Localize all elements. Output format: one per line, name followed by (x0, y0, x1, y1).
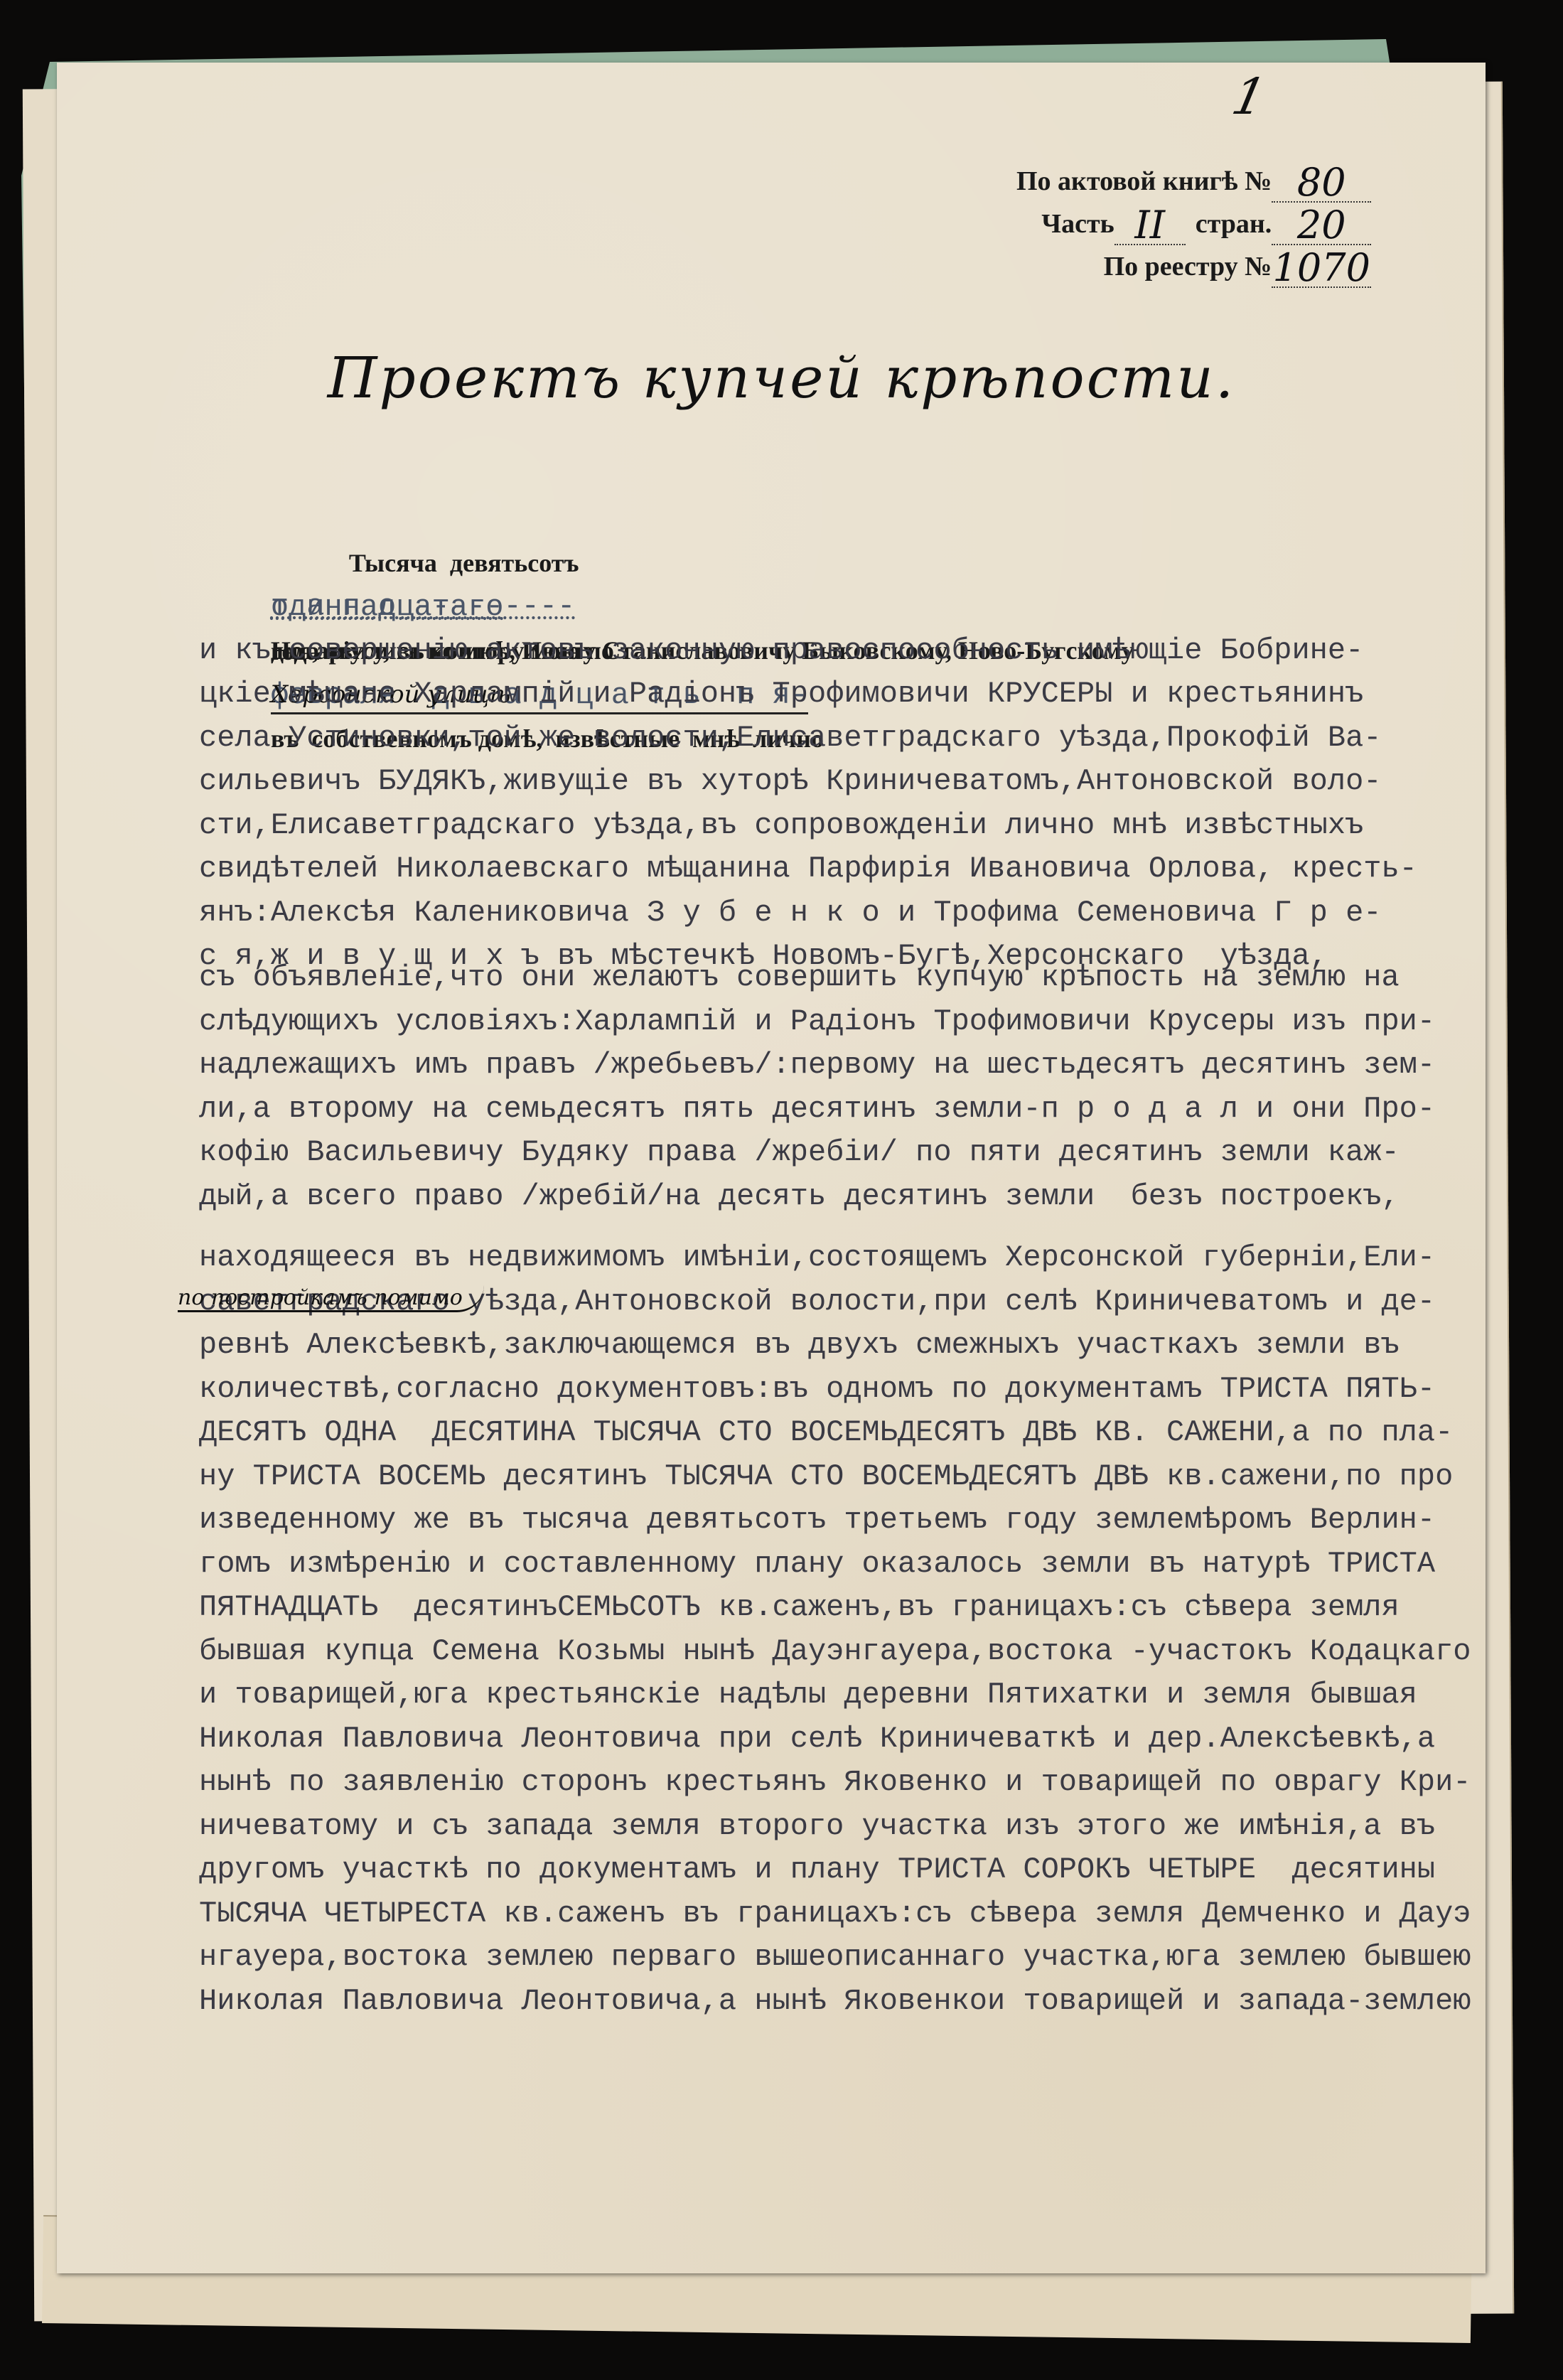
text-line: количествѣ,согласно документовъ:въ одном… (199, 1368, 1422, 1412)
text-line: слѣдующихъ условіяхъ:Харлампій и Радіонъ… (199, 1000, 1422, 1044)
text-line: нгауера,востока землею перваго вышеописа… (199, 1936, 1422, 1980)
text-line: съ объявленіе,что они желаютъ совершить … (199, 956, 1422, 1000)
text-line: ревнѣ Алексѣевкѣ,заключающемся въ двухъ … (199, 1324, 1422, 1368)
text-line: сильевичъ БУДЯКЪ,живущіе въ хуторѣ Крини… (199, 760, 1422, 804)
registry-row: По реестру № 1070 (1016, 245, 1371, 288)
text-line: Николая Павловича Леонтовича при селѣ Кр… (199, 1717, 1422, 1762)
text-line: ну ТРИСТА ВОСЕМЬ десятинъ ТЫСЯЧА СТО ВОС… (199, 1455, 1422, 1499)
text-line: ТЫСЯЧА ЧЕТЫРЕСТА кв.саженъ въ границахъ:… (199, 1892, 1422, 1936)
text-line: и къ совершенію актовъ законную правоспо… (199, 629, 1422, 673)
text-line: ли,а второму на семьдесятъ пять десятинъ… (199, 1088, 1422, 1132)
text-line: ПЯТНАДЦАТЬ десятинъСЕМЬСОТЪ кв.саженъ,въ… (199, 1586, 1422, 1630)
text-line: ничеватому и съ запада земля второго уча… (199, 1805, 1422, 1849)
registry-number: 1070 (1272, 250, 1371, 288)
text-line: и товарищей,юга крестьянскіе надѣлы дере… (199, 1673, 1422, 1717)
part-page-row: Часть II стран. 20 (1016, 203, 1371, 245)
registry-header: По актовой книгѣ № 80 Часть II стран. 20… (1016, 160, 1371, 288)
handwritten-marginal-note: по постройкамъ помимо (178, 1285, 484, 1312)
intro-line-1: Тысяча девятьсотъ одиннадцатаго года фев… (199, 498, 1422, 542)
page-value: 20 (1272, 207, 1371, 245)
text-line: бывшая купца Семена Козьмы нынѣ Дауэнгау… (199, 1630, 1422, 1674)
text-line: дый,а всего право /жребій/на десять деся… (199, 1175, 1422, 1219)
text-line: нынѣ по заявленію сторонъ крестьянъ Яков… (199, 1761, 1422, 1805)
text-line: другомъ участкѣ по документамъ и плану Т… (199, 1848, 1422, 1892)
intro-typed-date-2: т а г о --------- (271, 589, 575, 623)
text-line: Николая Павловича Леонтовича,а нынѣ Яков… (199, 1980, 1422, 2024)
text-line: кофію Васильевичу Будяку права /жребіи/ … (199, 1131, 1422, 1175)
page-label: стран. (1196, 203, 1272, 245)
part-label: Часть (1041, 203, 1114, 245)
text-line: находящееся въ недвижимомъ имѣніи,состоя… (199, 1236, 1422, 1280)
registry-label: По реестру № (1104, 245, 1272, 288)
text-line: ДЕСЯТЪ ОДНА ДЕСЯТИНА ТЫСЯЧА СТО ВОСЕМЬДЕ… (199, 1411, 1422, 1455)
document-title: Проектъ купчей крѣпости. (0, 345, 1563, 411)
text-line: цкіе мѣщане Харлампій и Радіонъ Трофимов… (199, 672, 1422, 717)
text-line: янъ:Алексѣя Калениковича З у б е н к о и… (199, 891, 1422, 936)
part-number: II (1114, 207, 1186, 245)
text-line: сти,Елисаветградскаго уѣзда,въ сопровожд… (199, 804, 1422, 848)
text-line: гомъ измѣренію и составленному плану ока… (199, 1543, 1422, 1587)
text-line: надлежащихъ имъ правъ /жребьевъ/:первому… (199, 1044, 1422, 1088)
act-book-row: По актовой книгѣ № 80 (1016, 160, 1371, 203)
text-line: села Устиновки,той же волости,Елисаветгр… (199, 717, 1422, 761)
text-line: свидѣтелей Николаевскаго мѣщанина Парфир… (199, 847, 1422, 891)
text-line: изведенному же въ тысяча девятьсотъ трет… (199, 1499, 1422, 1543)
act-book-number: 80 (1272, 164, 1371, 203)
act-book-label: По актовой книгѣ № (1016, 160, 1272, 203)
document-body: Тысяча девятьсотъ одиннадцатаго года фев… (199, 498, 1422, 2023)
intro-printed-1: Тысяча девятьсотъ (349, 549, 579, 577)
text-line: с я,ж и в у щ и х ъ въ мѣстечкѣ Новомъ-Б… (199, 935, 1422, 956)
